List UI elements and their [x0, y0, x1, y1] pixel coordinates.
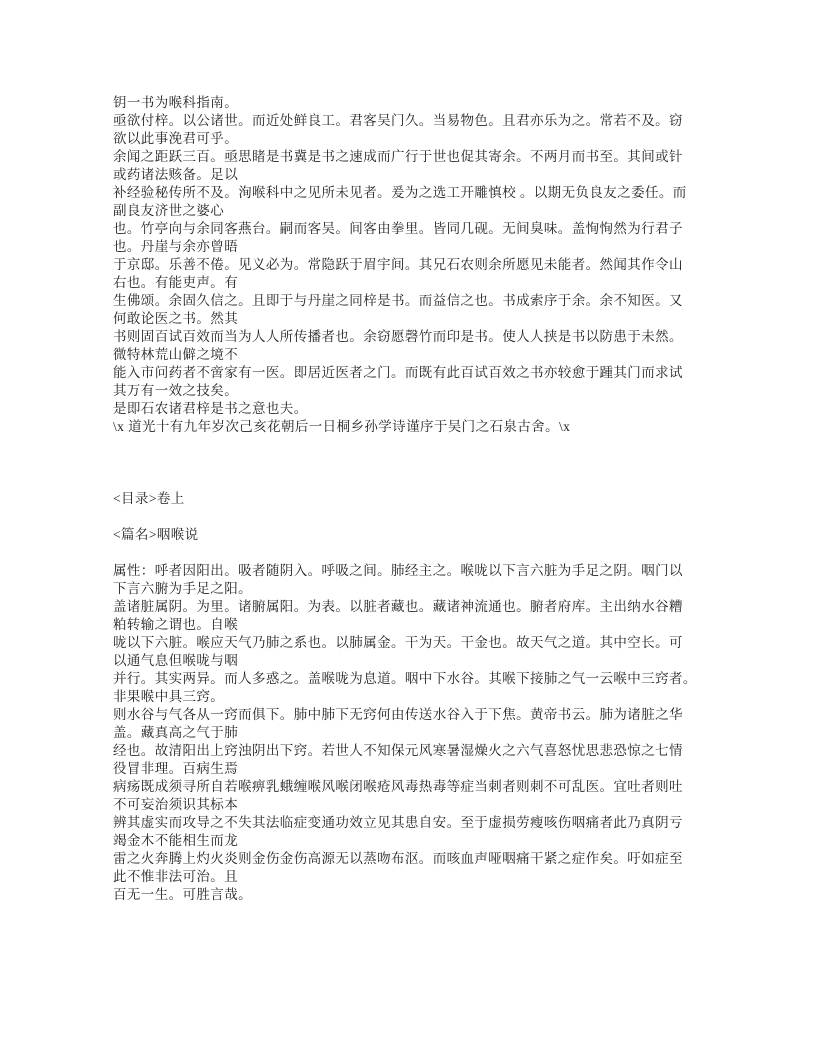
text-line: 生佛颂。余固久信之。且即于与丹崖之同梓是书。而益信之也。书成索序于余。余不知医。…	[113, 292, 761, 310]
text-line: 也。竹亭向与余同客燕台。嗣而客吴。间客由拳里。皆同几砚。无间臭味。盖恂恂然为行君…	[113, 220, 761, 238]
text-line: 钥一书为喉科指南。	[113, 94, 761, 112]
text-line: 也。丹崖与余亦曾晤	[113, 238, 761, 256]
text-line: 此不惟非法可治。且	[113, 868, 761, 886]
text-line: 粕转输之谓也。自喉	[113, 616, 761, 634]
text-line: 能入市问药者不啻家有一医。即居近医者之门。而既有此百试百效之书亦较愈于踵其门而求…	[113, 364, 761, 382]
text-line: 是即石农诸君梓是书之意也夫。	[113, 400, 761, 418]
text-block: 钥一书为喉科指南。亟欲付梓。以公诸世。而近处鲜良工。君客吴门久。当易物色。且君亦…	[113, 94, 761, 904]
text-line: 辨其虚实而攻导之不失其法临症变通功效立见其患自安。至于虚损劳瘦咳伤咽痛者此乃真阴…	[113, 814, 761, 832]
text-line: 书则固百试百效而当为人人所传播者也。余窃愿磬竹而印是书。使人人挟是书以防患于未然…	[113, 328, 761, 346]
body-section: 属性：呼者因阳出。吸者随阴入。呼吸之间。肺经主之。喉咙以下言六脏为手足之阴。咽门…	[113, 562, 761, 904]
text-line: 不可妄治须识其标本	[113, 796, 761, 814]
text-line: 何敢论医之书。然其	[113, 310, 761, 328]
text-line: \x 道光十有九年岁次己亥花朝后一日桐乡孙学诗谨序于吴门之石泉古舍。\x	[113, 418, 761, 436]
text-line: 欲以此事浼君可乎。	[113, 130, 761, 148]
text-line: 下言六腑为手足之阳。	[113, 580, 761, 598]
text-line: 并行。其实两异。而人多惑之。盖喉咙为息道。咽中下水谷。其喉下接肺之气一云喉中三窍…	[113, 670, 761, 688]
text-line: 右也。有能吏声。有	[113, 274, 761, 292]
preface-section: 钥一书为喉科指南。亟欲付梓。以公诸世。而近处鲜良工。君客吴门久。当易物色。且君亦…	[113, 94, 761, 436]
chapter-heading: <篇名>咽喉说	[113, 526, 761, 544]
text-line: 竭金木不能相生而龙	[113, 832, 761, 850]
text-line: 咙以下六脏。喉应天气乃肺之系也。以肺属金。干为天。干金也。故天气之道。其中空长。…	[113, 634, 761, 652]
document-page: 钥一书为喉科指南。亟欲付梓。以公诸世。而近处鲜良工。君客吴门久。当易物色。且君亦…	[0, 0, 816, 1056]
text-line: 微特林荒山僻之境不	[113, 346, 761, 364]
text-line: 盖诸脏属阴。为里。诸腑属阳。为表。以脏者藏也。藏诸神流通也。腑者府库。主出纳水谷…	[113, 598, 761, 616]
text-line: 盖。藏真高之气于肺	[113, 724, 761, 742]
text-line: 副良友济世之婆心	[113, 202, 761, 220]
text-line: 役冒非理。百病生焉	[113, 760, 761, 778]
text-line: 经也。故清阳出上窍浊阴出下窍。若世人不知保元风寒暑湿燥火之六气喜怒忧思悲恐惊之七…	[113, 742, 761, 760]
text-line: 百无一生。可胜言哉。	[113, 886, 761, 904]
text-line: 雷之火奔腾上灼火炎则金伤金伤高源无以蒸吻布沤。而咳血声哑咽痛干紧之症作矣。吁如症…	[113, 850, 761, 868]
text-line: 补经验秘传所不及。洵喉科中之见所未见者。爰为之选工开雕慎校 。以期无负良友之委任…	[113, 184, 761, 202]
text-line: 以通气息但喉咙与咽	[113, 652, 761, 670]
toc-heading: <目录>卷上	[113, 490, 761, 508]
text-line: 非果喉中具三窍。	[113, 688, 761, 706]
text-line: 或药诸法赅备。足以	[113, 166, 761, 184]
text-line: 余闻之距跃三百。亟思睹是书冀是书之速成而广行于世也促其寄余。不两月而书至。其间或…	[113, 148, 761, 166]
text-line: 于京邸。乐善不倦。见义必为。常隐跃于眉宇间。其兄石农则余所愿见未能者。然闻其作令…	[113, 256, 761, 274]
text-line: 则水谷与气各从一窍而俱下。肺中肺下无窍何由传送水谷入于下焦。黄帝书云。肺为诸脏之…	[113, 706, 761, 724]
text-line: 属性：呼者因阳出。吸者随阴入。呼吸之间。肺经主之。喉咙以下言六脏为手足之阴。咽门…	[113, 562, 761, 580]
text-line: 病疡既成须寻所自若喉痹乳蛾缠喉风喉闭喉疮风毒热毒等症当刺者则刺不可乱医。宜吐者则…	[113, 778, 761, 796]
text-line: 亟欲付梓。以公诸世。而近处鲜良工。君客吴门久。当易物色。且君亦乐为之。常若不及。…	[113, 112, 761, 130]
text-line: 其万有一效之技矣。	[113, 382, 761, 400]
